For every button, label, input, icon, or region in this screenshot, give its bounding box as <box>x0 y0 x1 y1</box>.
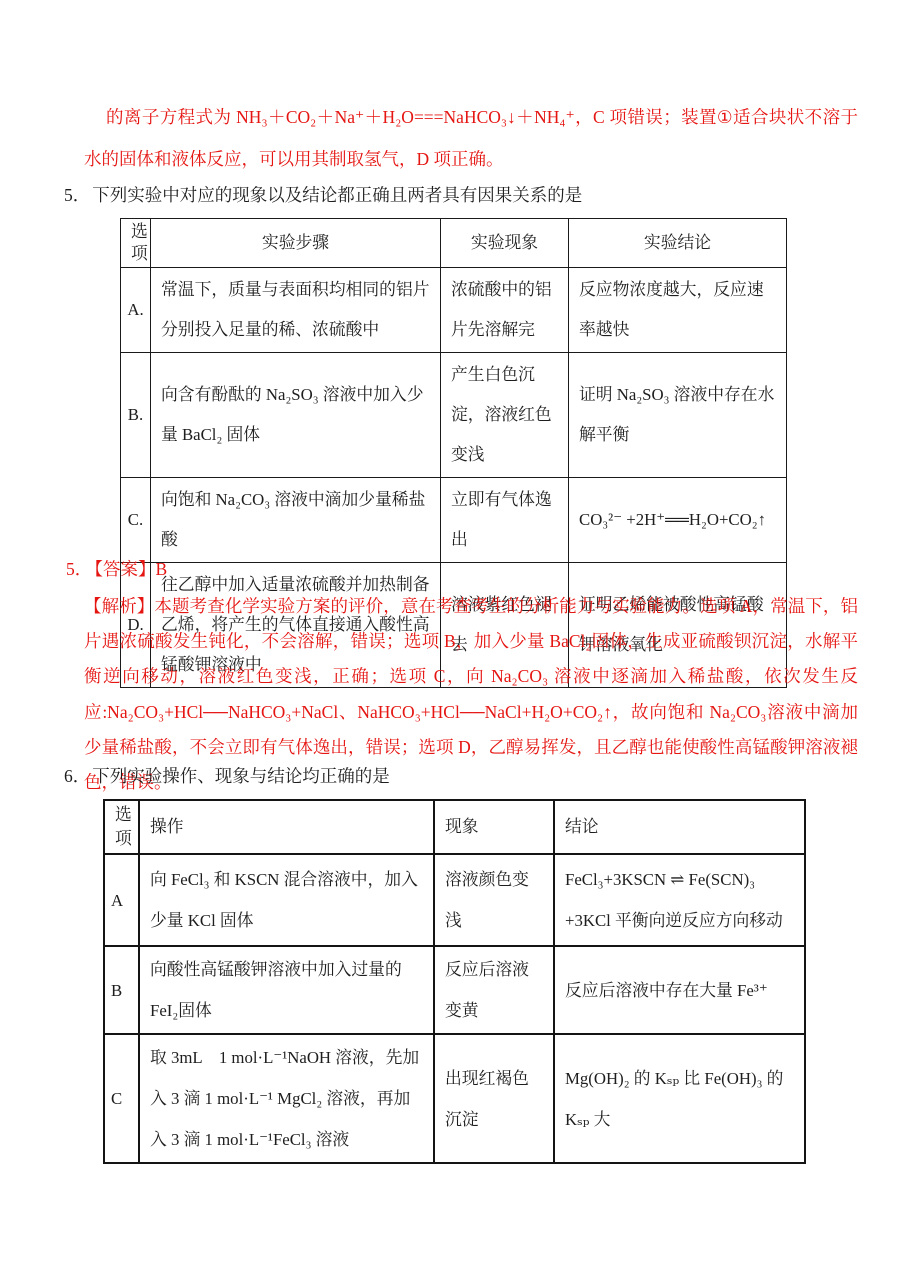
conclusion-cell: FeCl₃+3KSCN ⇌ Fe(SCN)₃ +3KCl 平衡向逆反应方向移动 <box>554 854 805 946</box>
column-header-phenomenon: 现象 <box>434 800 554 854</box>
step-cell: 向饱和 Na₂CO₃ 溶液中滴加少量稀盐酸 <box>151 478 441 563</box>
table-row-a: A. 常温下，质量与表面积均相同的铝片分别投入足量的稀、浓硫酸中 浓硫酸中的铝片… <box>121 268 787 353</box>
conclusion-cell: CO₃²⁻ +2H⁺══H₂O+CO₂↑ <box>569 478 787 563</box>
phenomenon-cell: 立即有气体逸出 <box>441 478 569 563</box>
option-cell: A <box>104 854 139 946</box>
column-header-conclusion: 实验结论 <box>569 219 787 268</box>
option-cell: B. <box>121 353 151 478</box>
operation-cell: 向酸性高锰酸钾溶液中加入过量的 FeI₂固体 <box>139 946 434 1034</box>
question-5-number: 5． <box>64 185 90 205</box>
phenomenon-cell: 反应后溶液变黄 <box>434 946 554 1034</box>
step-cell: 常温下，质量与表面积均相同的铝片分别投入足量的稀、浓硫酸中 <box>151 268 441 353</box>
table-row-b: B 向酸性高锰酸钾溶液中加入过量的 FeI₂固体 反应后溶液变黄 反应后溶液中存… <box>104 946 805 1034</box>
phenomenon-cell: 浓硫酸中的铝片先溶解完 <box>441 268 569 353</box>
question-5-text: 下列实验中对应的现象以及结论都正确且两者具有因果关系的是 <box>92 185 582 205</box>
analysis-continued-paragraph: 的离子方程式为 NH₃＋CO₂＋Na⁺＋H₂O===NaHCO₃↓＋NH₄⁺，C… <box>84 96 858 180</box>
table-header-row: 选项 实验步骤 实验现象 实验结论 <box>121 219 787 268</box>
answer-5-number: 5． <box>66 559 92 579</box>
phenomenon-cell: 出现红褐色沉淀 <box>434 1034 554 1163</box>
table-row-b: B. 向含有酚酞的 Na₂SO₃ 溶液中加入少量 BaCl₂ 固体 产生白色沉淀… <box>121 353 787 478</box>
table-header-row: 选项 操作 现象 结论 <box>104 800 805 854</box>
option-cell: B <box>104 946 139 1034</box>
column-header-conclusion: 结论 <box>554 800 805 854</box>
option-cell: C <box>104 1034 139 1163</box>
analysis-5-label: 【解析】 <box>84 596 154 616</box>
column-header-operation: 操作 <box>139 800 434 854</box>
operation-cell: 向 FeCl₃ 和 KSCN 混合溶液中，加入少量 KCl 固体 <box>139 854 434 946</box>
table-row-a: A 向 FeCl₃ 和 KSCN 混合溶液中，加入少量 KCl 固体 溶液颜色变… <box>104 854 805 946</box>
analysis-continued-text: 的离子方程式为 NH₃＋CO₂＋Na⁺＋H₂O===NaHCO₃↓＋NH₄⁺，C… <box>84 107 858 169</box>
column-header-step: 实验步骤 <box>151 219 441 268</box>
option-cell: C. <box>121 478 151 563</box>
answer-5-line: 5．【答案】B <box>66 556 466 582</box>
operation-cell: 取 3mL 1 mol·L⁻¹NaOH 溶液，先加入 3 滴 1 mol·L⁻¹… <box>139 1034 434 1163</box>
experiment-table-q6: 选项 操作 现象 结论 A 向 FeCl₃ 和 KSCN 混合溶液中，加入少量 … <box>103 799 806 1164</box>
step-cell: 向含有酚酞的 Na₂SO₃ 溶液中加入少量 BaCl₂ 固体 <box>151 353 441 478</box>
question-5: 5．下列实验中对应的现象以及结论都正确且两者具有因果关系的是 <box>64 181 864 209</box>
column-header-option: 选项 <box>104 800 139 854</box>
column-header-phenomenon: 实验现象 <box>441 219 569 268</box>
conclusion-cell: Mg(OH)₂ 的 Kₛₚ 比 Fe(OH)₃ 的 Kₛₚ 大 <box>554 1034 805 1163</box>
question-6: 6．下列实验操作、现象与结论均正确的是 <box>64 762 864 790</box>
exam-document-page: 的离子方程式为 NH₃＋CO₂＋Na⁺＋H₂O===NaHCO₃↓＋NH₄⁺，C… <box>0 0 905 1280</box>
option-cell: A. <box>121 268 151 353</box>
table-row-c: C. 向饱和 Na₂CO₃ 溶液中滴加少量稀盐酸 立即有气体逸出 CO₃²⁻ +… <box>121 478 787 563</box>
table-row-c: C 取 3mL 1 mol·L⁻¹NaOH 溶液，先加入 3 滴 1 mol·L… <box>104 1034 805 1163</box>
phenomenon-cell: 产生白色沉淀，溶液红色变浅 <box>441 353 569 478</box>
column-header-option: 选项 <box>121 219 151 268</box>
phenomenon-cell: 溶液颜色变浅 <box>434 854 554 946</box>
answer-5-label: 【答案】 <box>94 559 155 579</box>
answer-5-value: B <box>156 559 168 579</box>
question-6-text: 下列实验操作、现象与结论均正确的是 <box>92 766 390 786</box>
question-6-number: 6． <box>64 766 90 786</box>
conclusion-cell: 反应后溶液中存在大量 Fe³⁺ <box>554 946 805 1034</box>
conclusion-cell: 证明 Na₂SO₃ 溶液中存在水解平衡 <box>569 353 787 478</box>
conclusion-cell: 反应物浓度越大，反应速率越快 <box>569 268 787 353</box>
